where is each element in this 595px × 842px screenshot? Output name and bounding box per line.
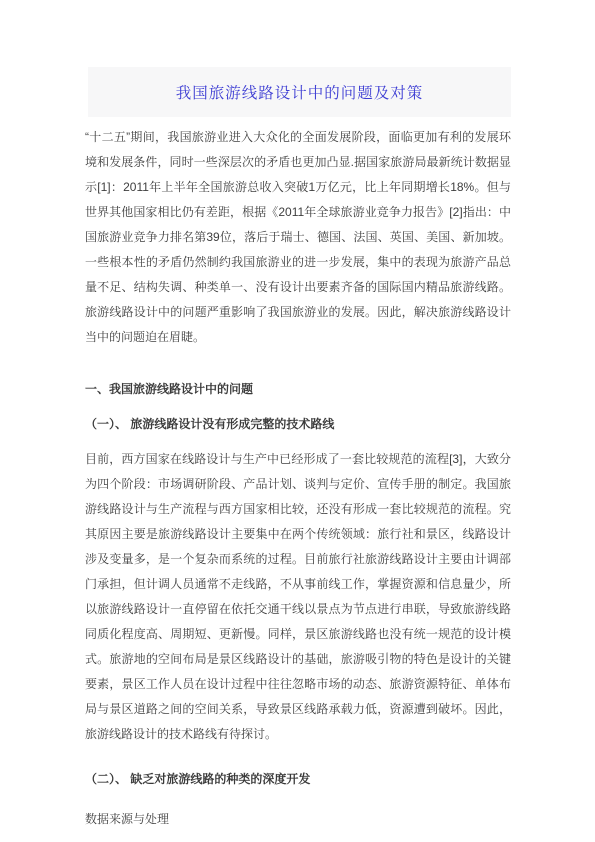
document-page: 我国旅游线路设计中的问题及对策 “十二五”期间，我国旅游业进入大众化的全面发展阶… xyxy=(0,0,595,842)
document-title-block: 我国旅游线路设计中的问题及对策 xyxy=(88,67,511,117)
section-1-heading: 一、我国旅游线路设计中的问题 xyxy=(85,377,511,402)
section-1-2-heading: （二）、 缺乏对旅游线路的种类的深度开发 xyxy=(85,767,511,792)
section-1-1-paragraph: 目前，西方国家在线路设计与生产中已经形成了一套比较规范的流程[3]，大致分为四个… xyxy=(85,447,511,747)
data-source-line: 数据来源与处理 xyxy=(85,807,511,832)
document-title: 我国旅游线路设计中的问题及对策 xyxy=(176,81,424,103)
intro-paragraph: “十二五”期间，我国旅游业进入大众化的全面发展阶段，面临更加有利的发展环境和发展… xyxy=(85,125,511,350)
section-1-1-heading: （一）、 旅游线路设计没有形成完整的技术路线 xyxy=(85,412,511,437)
